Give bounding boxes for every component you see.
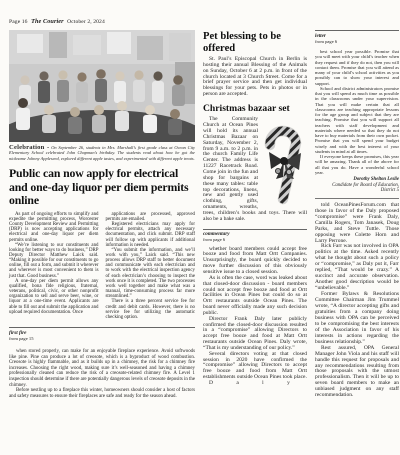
main-headline: Public can now apply for electrical and … (9, 167, 195, 208)
article-paragraph: Registered electricians may apply for el… (106, 222, 196, 248)
candy-cane-image (261, 119, 307, 205)
daly-line: D a l y (203, 381, 307, 387)
article-paragraph: Director Frank Daly later publicly confi… (203, 317, 307, 352)
article-paragraph: told OceanPinesForum.com that those in f… (315, 203, 399, 245)
section-from-label: from page 6 (315, 39, 399, 45)
letter-signature: Dorothy Shelton Leslie Candidate for Boa… (315, 177, 399, 194)
right-column: letter from page 6 best school year poss… (315, 30, 399, 451)
pet-blessing-text: St. Paul’s Episcopal Church in Berlin is… (203, 57, 307, 98)
letter-text: best school year possible. Promise that … (315, 49, 399, 175)
headline-christmas-bazaar: Christmas bazaar set (203, 103, 307, 115)
main-article-body: As part of ongoing efforts to simplify a… (9, 212, 195, 320)
commentary-continued-text: told OceanPinesForum.com that those in f… (315, 203, 399, 399)
headline-pet-blessing: Pet blessing to be offered (203, 31, 307, 54)
article-paragraph: “You submit the information, and we’ll w… (106, 248, 196, 300)
article-paragraph: “We’re listening to our constituents and… (9, 243, 99, 279)
divider-rule (315, 198, 399, 199)
back-row-children (19, 69, 185, 106)
masthead-title: The Courier (31, 18, 64, 25)
article-paragraph: A one-day per diem permit allows any qua… (9, 279, 99, 315)
article-paragraph: As part of ongoing efforts to simplify a… (9, 212, 99, 243)
bazaar-text: The Community Church at Ocean Pines will… (203, 117, 307, 222)
jump-section-letter: letter from page 6 (315, 30, 399, 44)
article-paragraph: Rick Farr was not involved in OPA politi… (315, 244, 399, 292)
article-paragraph: best school year possible. Promise that … (315, 49, 399, 86)
commentary-text: whether board members could accept free … (203, 247, 307, 387)
section-from-label: from page 15 (9, 336, 195, 342)
article-paragraph: Rest assured, OPA General Manager John V… (315, 346, 399, 400)
signature-district: District 5 (315, 188, 399, 194)
article-paragraph: Former Bylaws & Resolutions Committee Ch… (315, 292, 399, 346)
page-content: Celebration - On September 26, students … (9, 30, 395, 451)
article-paragraph: There is a three percent service fee for… (106, 299, 196, 320)
article-paragraph: whether board members could accept free … (203, 247, 307, 276)
first-fire-text: when stored properly, can make for an en… (9, 349, 195, 399)
page-number-label: Page 16 (9, 19, 28, 25)
article-paragraph: School and district administrators promi… (315, 86, 399, 154)
photo-caption: Celebration - On September 26, students … (9, 145, 195, 161)
jump-section-first-fire: first fire from page 15 (9, 327, 195, 341)
article-paragraph: Before nestling up to a fireplace this w… (9, 388, 195, 399)
article-paragraph: Several directors voting at that closed … (203, 352, 307, 381)
section-from-label: from page 6 (203, 237, 307, 243)
article-paragraph: St. Paul’s Episcopal Church in Berlin is… (203, 57, 307, 98)
jump-section-commentary: commentary from page 6 (203, 229, 307, 243)
left-region: Celebration - On September 26, students … (9, 30, 195, 451)
article-paragraph: As is often the case, word was leaked ab… (203, 276, 307, 317)
middle-column: Pet blessing to be offered St. Paul’s Ep… (203, 30, 307, 451)
article-paragraph: If everyone keeps these promises, this y… (315, 154, 399, 175)
article-paragraph: when stored properly, can make for an en… (9, 349, 195, 388)
newspaper-page: Page 16 The Courier October 2, 2024 (0, 0, 400, 455)
page-header: Page 16 The Courier October 2, 2024 (9, 18, 394, 25)
article-paragraph: applications are processed, approved per… (106, 212, 196, 222)
issue-date: October 2, 2024 (67, 19, 105, 25)
class-photo-image (9, 30, 195, 142)
